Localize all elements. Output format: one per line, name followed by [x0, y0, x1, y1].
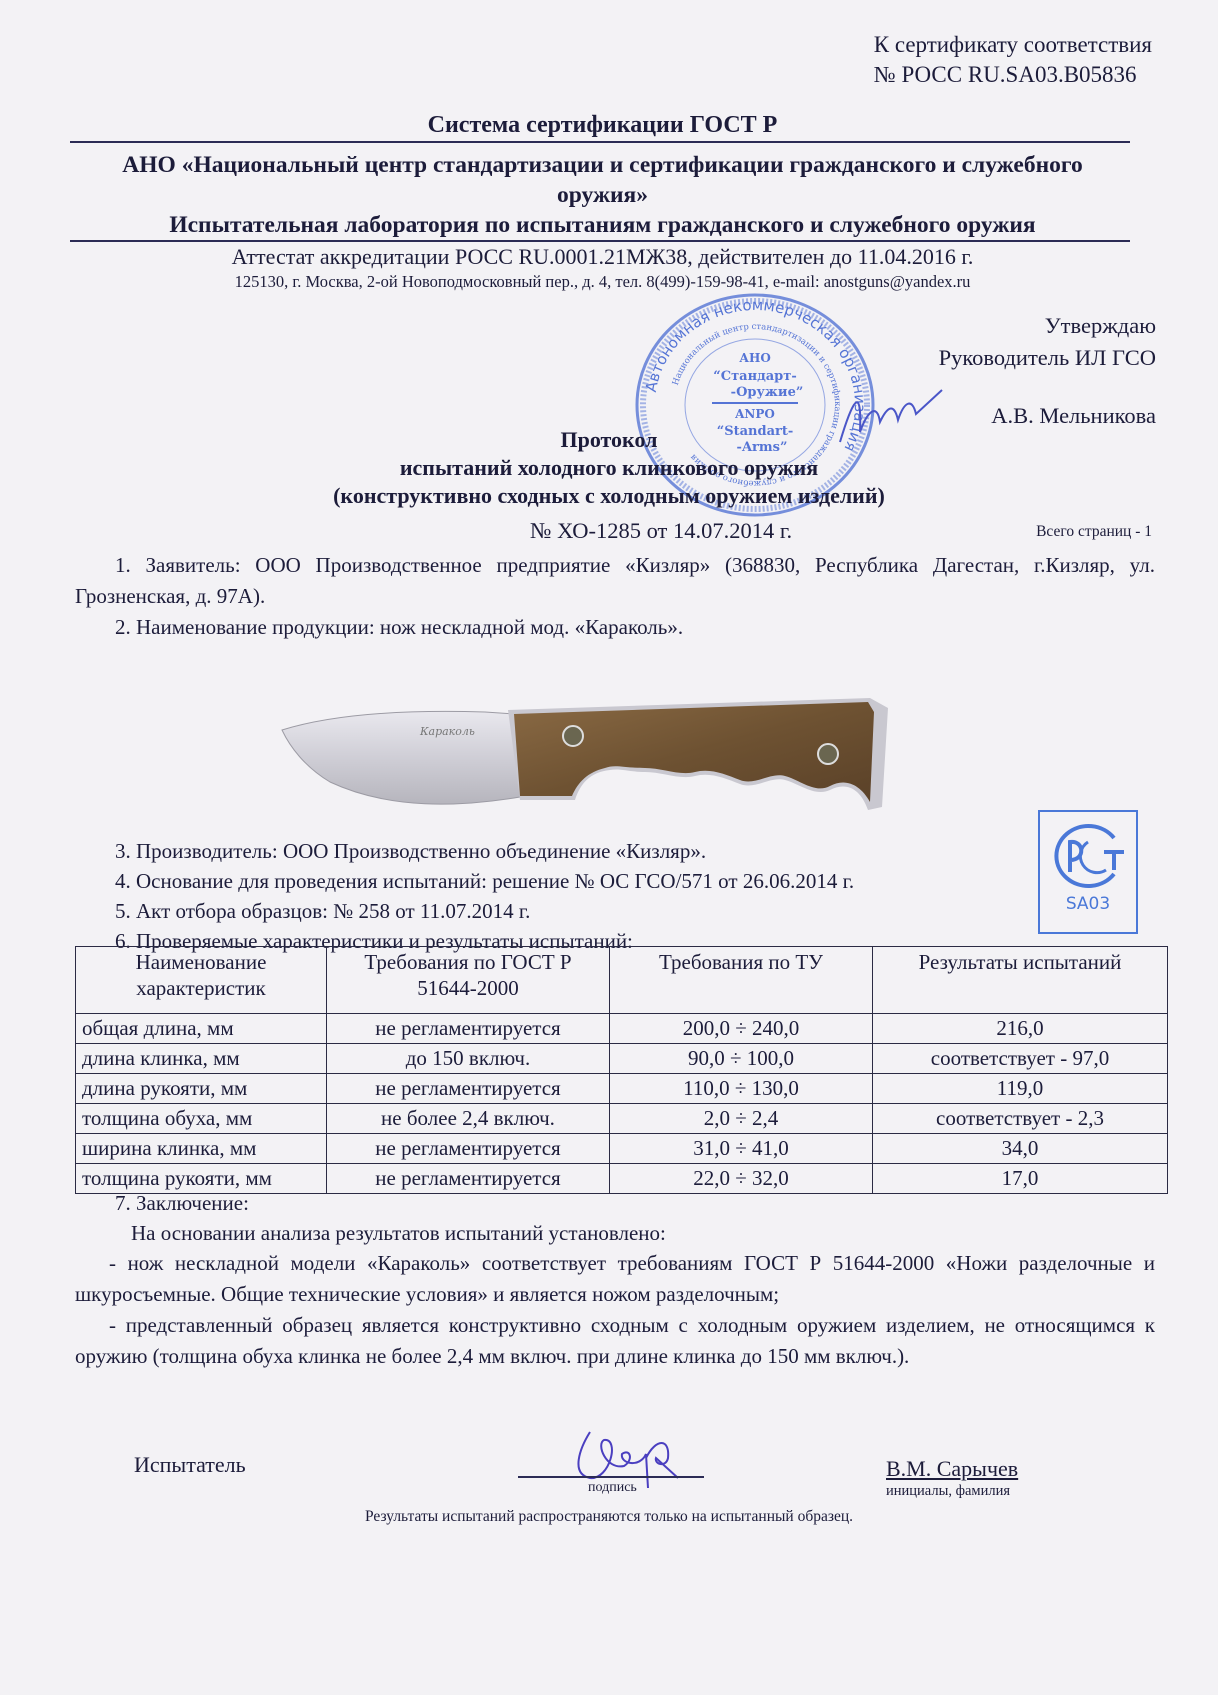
header-divider [70, 141, 1130, 143]
signature-caption: подпись [588, 1480, 637, 1496]
approval-label: Утверждаю [939, 310, 1156, 342]
applicant-item: 1. Заявитель: ООО Производственное предп… [75, 550, 1155, 612]
product-item: 2. Наименование продукции: нож нескладно… [75, 612, 1155, 643]
address-line: 125130, г. Москва, 2-ой Новоподмосковный… [75, 272, 1130, 292]
sampling-label: 5. Акт отбора образцов: [75, 899, 328, 923]
spec-requirement-cell: 200,0 ÷ 240,0 [610, 1014, 873, 1044]
stamp-center-ru-3: -Оружие” [731, 385, 804, 400]
product-label: 2. Наименование продукции: [75, 615, 375, 639]
column-header-gost-requirements: Требования по ГОСТ Р 51644-2000 [327, 947, 610, 1014]
organization-name: АНО «Национальный центр стандартизации и… [75, 150, 1130, 210]
basis-item: 4. Основание для проведения испытаний: р… [75, 866, 1155, 897]
results-table: Наименование характеристик Требования по… [75, 946, 1168, 1194]
column-header-characteristic: Наименование характеристик [76, 947, 327, 1014]
stamp-center-en-1: ANPO [734, 407, 775, 421]
conclusion-intro: На основании анализа результатов испытан… [75, 1218, 1155, 1249]
stamp-center-ru-2: “Стандарт- [713, 369, 796, 384]
characteristic-cell: ширина клинка, мм [76, 1134, 327, 1164]
gost-r-certification-mark: SA03 [1038, 810, 1138, 934]
gost-requirement-cell: до 150 включ. [327, 1044, 610, 1074]
column-header-spec-requirements: Требования по ТУ [610, 947, 873, 1014]
manufacturer-item: 3. Производитель: ООО Производственно об… [75, 836, 1155, 867]
conclusion-point-2: - представленный образец является констр… [75, 1310, 1155, 1372]
approval-block: Утверждаю Руководитель ИЛ ГСО А.В. Мельн… [939, 310, 1156, 432]
protocol-subtitle-parenthetical: (конструктивно сходных с холодным оружие… [0, 482, 1218, 510]
gost-requirement-cell: не регламентируется [327, 1134, 610, 1164]
result-cell: 119,0 [873, 1074, 1168, 1104]
conclusion-heading: 7. Заключение: [75, 1188, 1155, 1219]
conclusion-point-1: - нож нескладной модели «Караколь» соотв… [75, 1248, 1155, 1310]
table-row: толщина обуха, мм не более 2,4 включ. 2,… [76, 1104, 1168, 1134]
spec-requirement-cell: 90,0 ÷ 100,0 [610, 1044, 873, 1074]
tester-name-caption: инициалы, фамилия [886, 1483, 1010, 1500]
gost-requirement-cell: не регламентируется [327, 1014, 610, 1044]
table-header-row: Наименование характеристик Требования по… [76, 947, 1168, 1014]
result-cell: 216,0 [873, 1014, 1168, 1044]
spec-requirement-cell: 31,0 ÷ 41,0 [610, 1134, 873, 1164]
table-row: общая длина, мм не регламентируется 200,… [76, 1014, 1168, 1044]
protocol-subtitle: испытаний холодного клинкового оружия [0, 454, 1218, 482]
certification-body-code: SA03 [1040, 894, 1136, 914]
knife-photo: Караколь [270, 672, 970, 812]
result-cell: соответствует - 2,3 [873, 1104, 1168, 1134]
gost-requirement-cell: не более 2,4 включ. [327, 1104, 610, 1134]
approver-position: Руководитель ИЛ ГСО [939, 342, 1156, 374]
accreditation-line: Аттестат аккредитации РОСС RU.0001.21МЖ3… [75, 244, 1130, 270]
spec-requirement-cell: 2,0 ÷ 2,4 [610, 1104, 873, 1134]
table-row: ширина клинка, мм не регламентируется 31… [76, 1134, 1168, 1164]
result-cell: 34,0 [873, 1134, 1168, 1164]
column-header-results: Результаты испытаний [873, 947, 1168, 1014]
certification-system-title: Система сертификации ГОСТ Р [75, 112, 1130, 139]
blade-marking: Караколь [419, 725, 475, 738]
basis-label: 4. Основание для проведения испытаний: [75, 869, 487, 893]
footer-note: Результаты испытаний распространяются то… [0, 1508, 1218, 1526]
laboratory-name: Испытательная лаборатория по испытаниям … [75, 212, 1130, 239]
sampling-value: № 258 от 11.07.2014 г. [333, 899, 530, 923]
result-cell: соответствует - 97,0 [873, 1044, 1168, 1074]
certificate-reference-label: К сертификату соответствия [874, 30, 1152, 60]
protocol-title: Протокол [0, 426, 1218, 454]
gost-requirement-cell: не регламентируется [327, 1074, 610, 1104]
stamp-center-ru-1: АНО [739, 351, 771, 365]
characteristic-cell: толщина обуха, мм [76, 1104, 327, 1134]
certificate-reference: К сертификату соответствия № РОСС RU.SA0… [874, 30, 1152, 90]
tester-name: В.М. Сарычев [886, 1456, 1018, 1482]
rst-logo-icon [1048, 820, 1128, 892]
table-row: длина рукояти, мм не регламентируется 11… [76, 1074, 1168, 1104]
applicant-label: 1. Заявитель: [75, 553, 241, 577]
characteristic-cell: длина рукояти, мм [76, 1074, 327, 1104]
characteristic-cell: общая длина, мм [76, 1014, 327, 1044]
manufacturer-label: 3. Производитель: [75, 839, 278, 863]
basis-value: решение № ОС ГСО/571 от 26.06.2014 г. [492, 869, 854, 893]
characteristic-cell: длина клинка, мм [76, 1044, 327, 1074]
spec-requirement-cell: 110,0 ÷ 130,0 [610, 1074, 873, 1104]
laboratory-divider [70, 240, 1130, 242]
protocol-number: № ХО-1285 от 14.07.2014 г. [530, 518, 792, 544]
table-row: длина клинка, мм до 150 включ. 90,0 ÷ 10… [76, 1044, 1168, 1074]
manufacturer-value: ООО Производственно объединение «Кизляр»… [283, 839, 706, 863]
product-value: нож нескладной мод. «Караколь». [380, 615, 683, 639]
signature-line [518, 1476, 704, 1478]
tester-role: Испытатель [134, 1452, 246, 1478]
certificate-number: № РОСС RU.SA03.B05836 [874, 60, 1152, 90]
sampling-item: 5. Акт отбора образцов: № 258 от 11.07.2… [75, 896, 1155, 927]
page-count: Всего страниц - 1 [1036, 523, 1152, 541]
